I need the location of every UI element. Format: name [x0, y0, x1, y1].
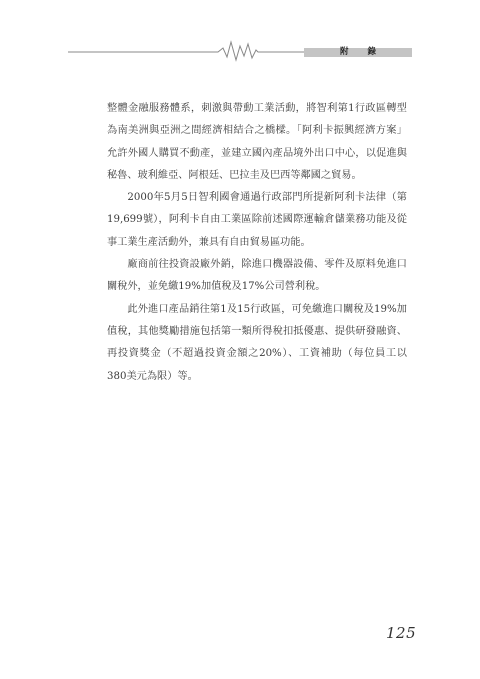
paragraph-1: 整體金融服務體系，刺激與帶動工業活動，將智利第1行政區轉型為南美洲與亞洲之間經濟…: [107, 98, 407, 187]
body-text: 整體金融服務體系，刺激與帶動工業活動，將智利第1行政區轉型為南美洲與亞洲之間經濟…: [107, 98, 407, 388]
section-label: 附 錄: [304, 46, 412, 58]
section-tab: 附 錄: [304, 48, 412, 57]
page-header: 附 錄: [68, 38, 414, 68]
page-number: 125: [386, 624, 416, 642]
paragraph-2: 2000年5月5日智利國會通過行政部門所提新阿利卡法律（第19,699號），阿利…: [107, 187, 407, 254]
paragraph-3: 廠商前往投資設廠外銷，除進口機器設備、零件及原料免進口關稅外，並免繳19%加值稅…: [107, 254, 407, 299]
paragraph-4: 此外進口產品銷往第1及15行政區，可免繳進口關稅及19%加值稅，其他獎勵措施包括…: [107, 299, 407, 388]
